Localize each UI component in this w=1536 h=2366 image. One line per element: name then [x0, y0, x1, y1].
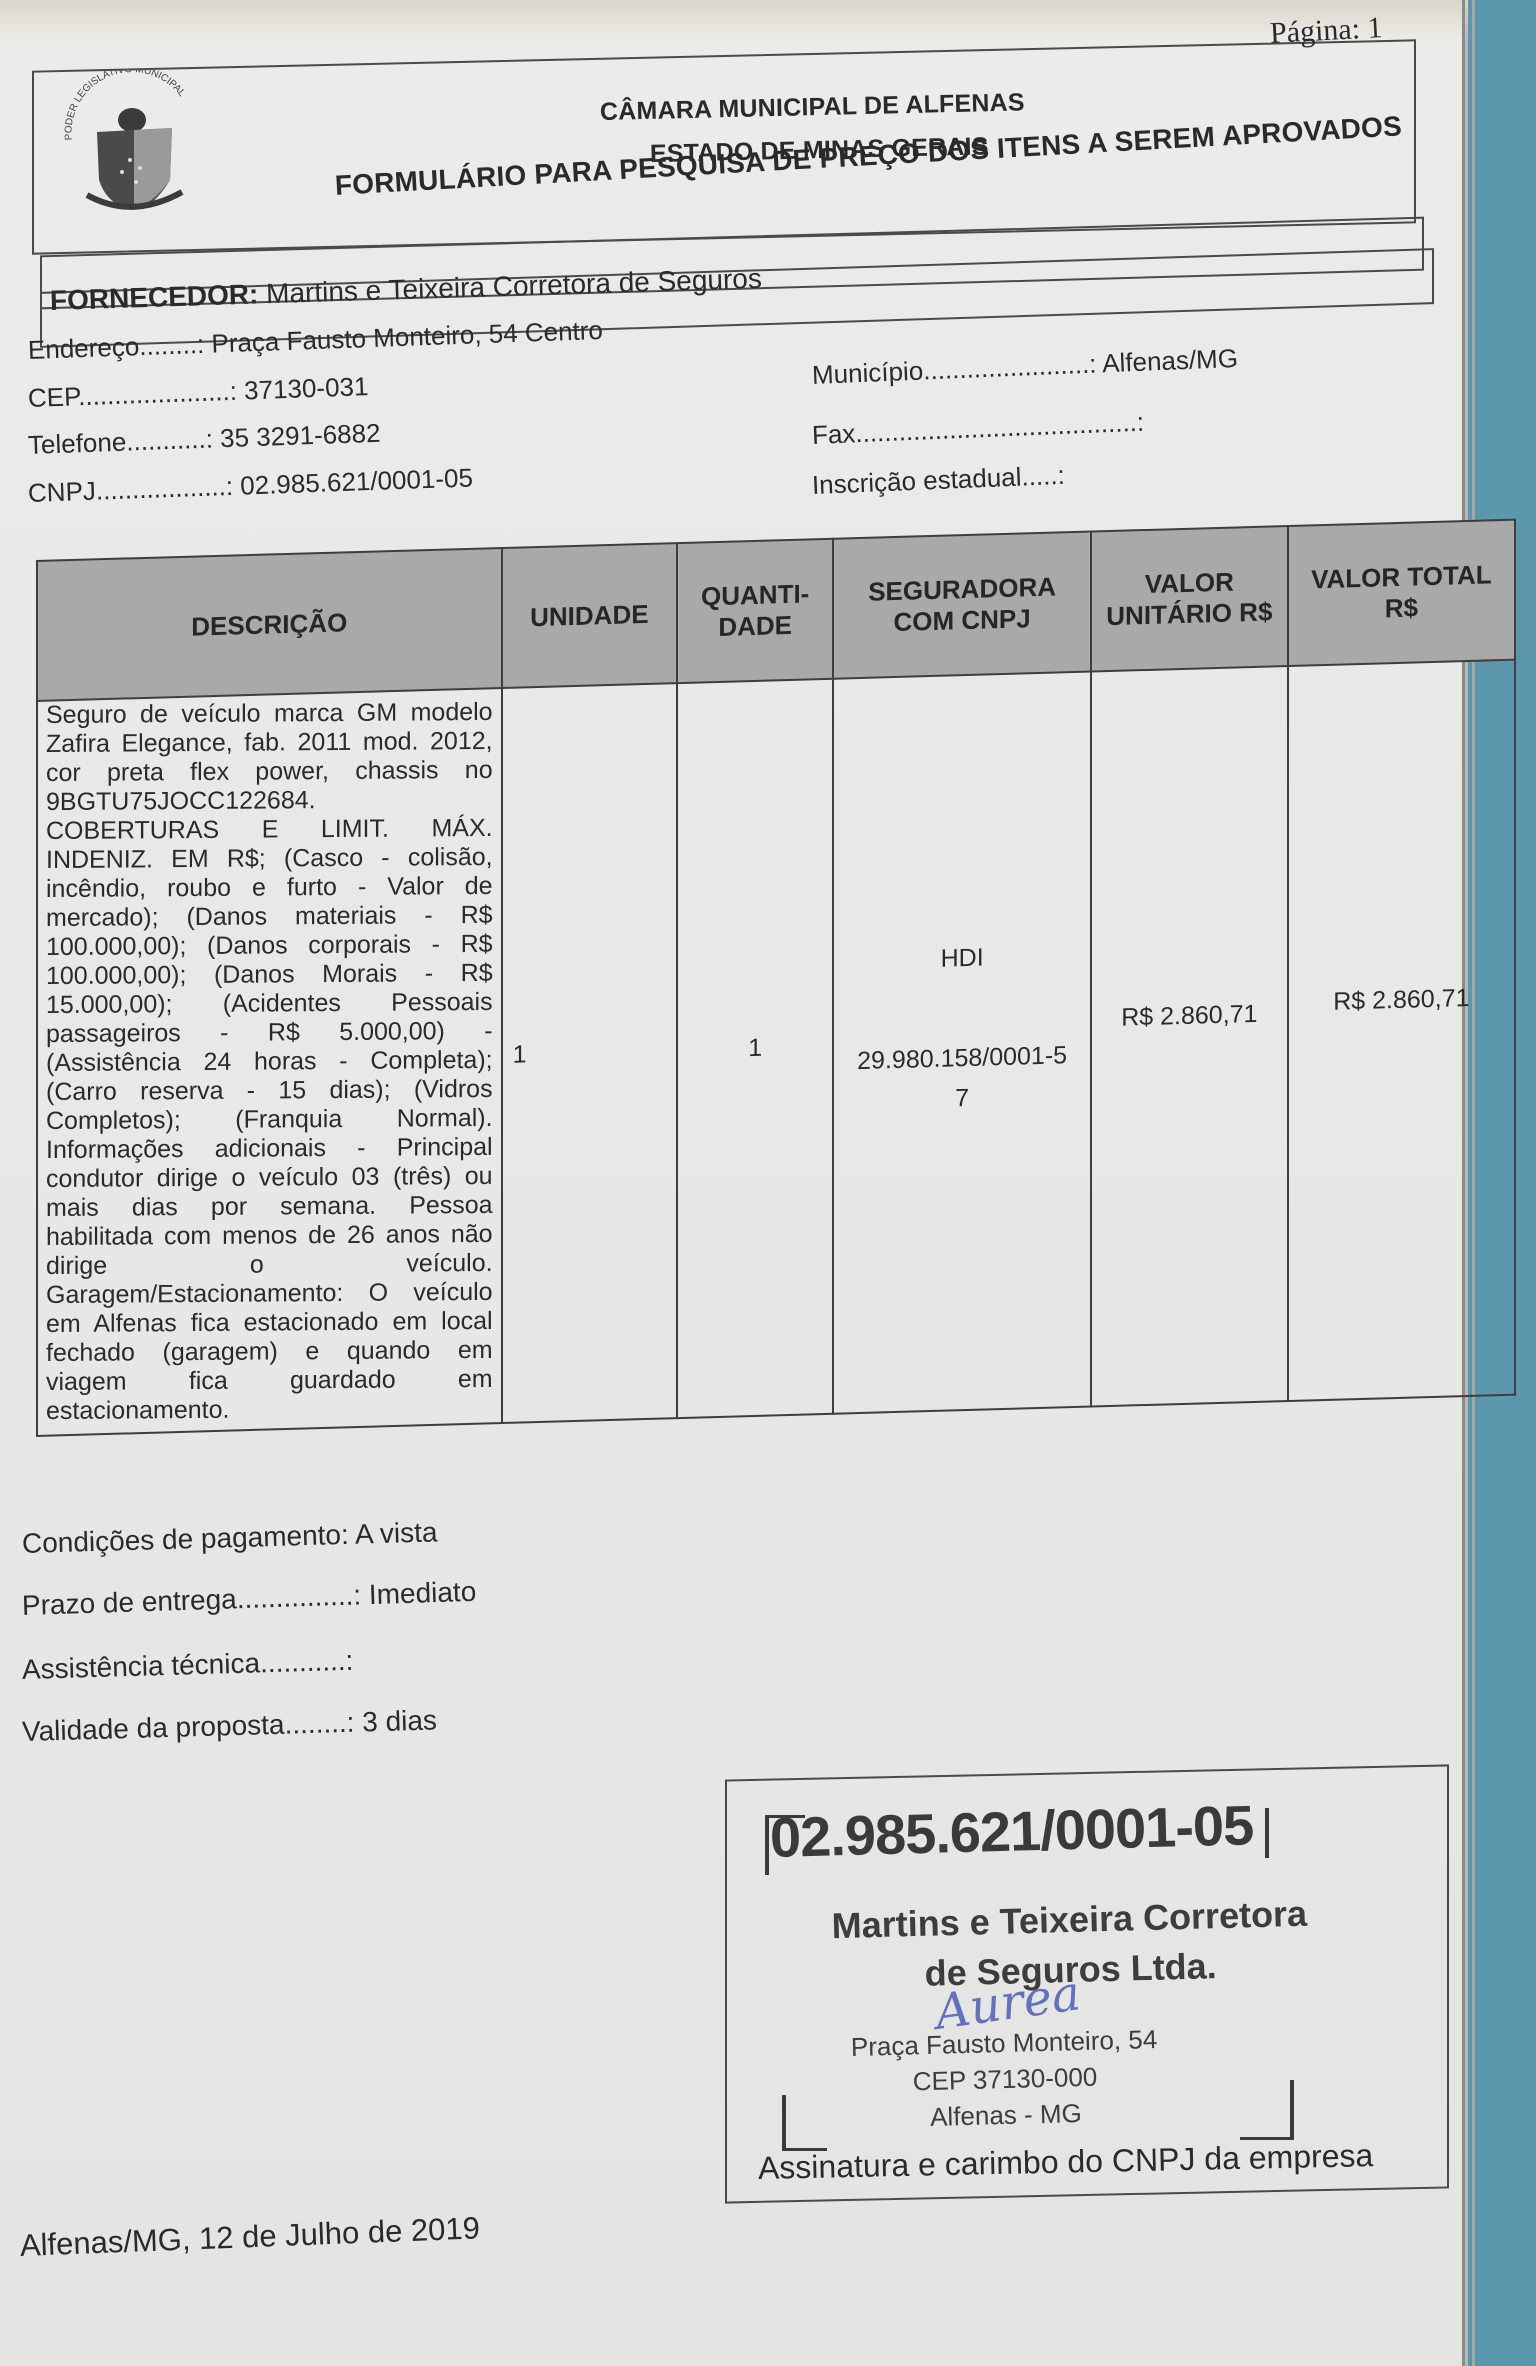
delivery-label: Prazo de entrega...............: [21, 1579, 361, 1621]
validity-value: 3 dias [362, 1704, 438, 1737]
page-number: Página: 1 [1269, 11, 1383, 51]
items-table-wrapper: DESCRIÇÃO UNIDADE QUANTI-DADE SEGURADORA… [36, 519, 1516, 1520]
total-value: R$ 2.860,71 [1333, 984, 1469, 1016]
delivery-term: Prazo de entrega...............: Imediat… [21, 1576, 476, 1622]
supplier-label: FORNECEDOR: [49, 278, 258, 316]
stamp-address-block: Praça Fausto Monteiro, 54 CEP 37130-000 … [769, 2019, 1242, 2139]
stamp-bracket-tl [765, 1815, 769, 1875]
row-description: Seguro de veículo marca GM modelo Zafira… [37, 693, 502, 1431]
stamp-bracket-tr [1265, 1808, 1269, 1858]
insurer-cnpj: 29.980.158/0001-57 [852, 1035, 1072, 1121]
phone-value: 35 3291-6882 [220, 418, 381, 454]
coat-of-arms-icon: PODER LEGISLATIVO MUNICIPAL [52, 70, 202, 220]
cnpj-value: 02.985.621/0001-05 [240, 462, 474, 500]
col-quantity: QUANTI-DADE [677, 539, 833, 683]
col-total-value: VALOR TOTAL R$ [1288, 520, 1515, 666]
address-label: Endereço........: [27, 329, 204, 365]
payment-label: Condições de pagamento: [22, 1519, 350, 1559]
row-insurer: HDI 29.980.158/0001-57 [833, 672, 1091, 1414]
page-shadow [0, 0, 1468, 40]
cep-label: CEP.....................: [27, 376, 237, 413]
col-unit-value: VALOR UNITÁRIO R$ [1091, 526, 1288, 671]
fax-field: Fax.....................................… [811, 407, 1144, 451]
proposal-validity: Validade da proposta........: 3 dias [22, 1704, 438, 1748]
stamp-bracket-br [1290, 2080, 1294, 2140]
payment-value: A vista [355, 1516, 438, 1549]
cnpj-field: CNPJ..................: 02.985.621/0001-… [27, 462, 473, 509]
state-registration-field: Inscrição estadual.....: [811, 460, 1065, 501]
date-line: Alfenas/MG, 12 de Julho de 2019 [19, 2210, 480, 2264]
col-unit: UNIDADE [502, 543, 677, 688]
municipality-field: Município.......................: Alfena… [811, 343, 1238, 391]
items-table: DESCRIÇÃO UNIDADE QUANTI-DADE SEGURADORA… [36, 519, 1516, 1437]
row-quantity: 1 [677, 679, 833, 1418]
tech-support: Assistência técnica...........: [22, 1645, 354, 1686]
insurer-name: HDI [835, 934, 1089, 981]
row-unit-value: R$ 2.860,71 [1091, 666, 1288, 1406]
payment-conditions: Condições de pagamento: A vista [22, 1516, 438, 1560]
unit-value: R$ 2.860,71 [1121, 1000, 1257, 1032]
delivery-value: Imediato [368, 1576, 476, 1610]
row-unit: 1 [502, 683, 677, 1423]
municipality-value: Alfenas/MG [1102, 343, 1239, 378]
row-total-value: R$ 2.860,71 [1288, 660, 1515, 1401]
validity-label: Validade da proposta........: [22, 1707, 355, 1747]
col-description: DESCRIÇÃO [37, 548, 502, 701]
phone-label: Telefone...........: [27, 424, 213, 460]
phone-field: Telefone...........: 35 3291-6882 [27, 418, 381, 461]
municipality-label: Município.......................: [811, 349, 1097, 390]
state-registration-label: Inscrição estadual.....: [811, 460, 1065, 500]
cep-field: CEP.....................: 37130-031 [27, 371, 368, 414]
cnpj-label: CNPJ..................: [27, 471, 233, 508]
table-row: Seguro de veículo marca GM modelo Zafira… [37, 660, 1515, 1436]
document-page: Página: 1 PODER LEGISLATIVO MUNICIPAL CÂ… [0, 0, 1468, 2366]
fax-label: Fax.....................................… [811, 407, 1144, 450]
tech-support-label: Assistência técnica...........: [22, 1645, 354, 1685]
col-insurer: SEGURADORA COM CNPJ [833, 532, 1091, 679]
stamp-cnpj: 02.985.621/0001-05 [769, 1792, 1254, 1870]
cep-value: 37130-031 [244, 371, 369, 405]
